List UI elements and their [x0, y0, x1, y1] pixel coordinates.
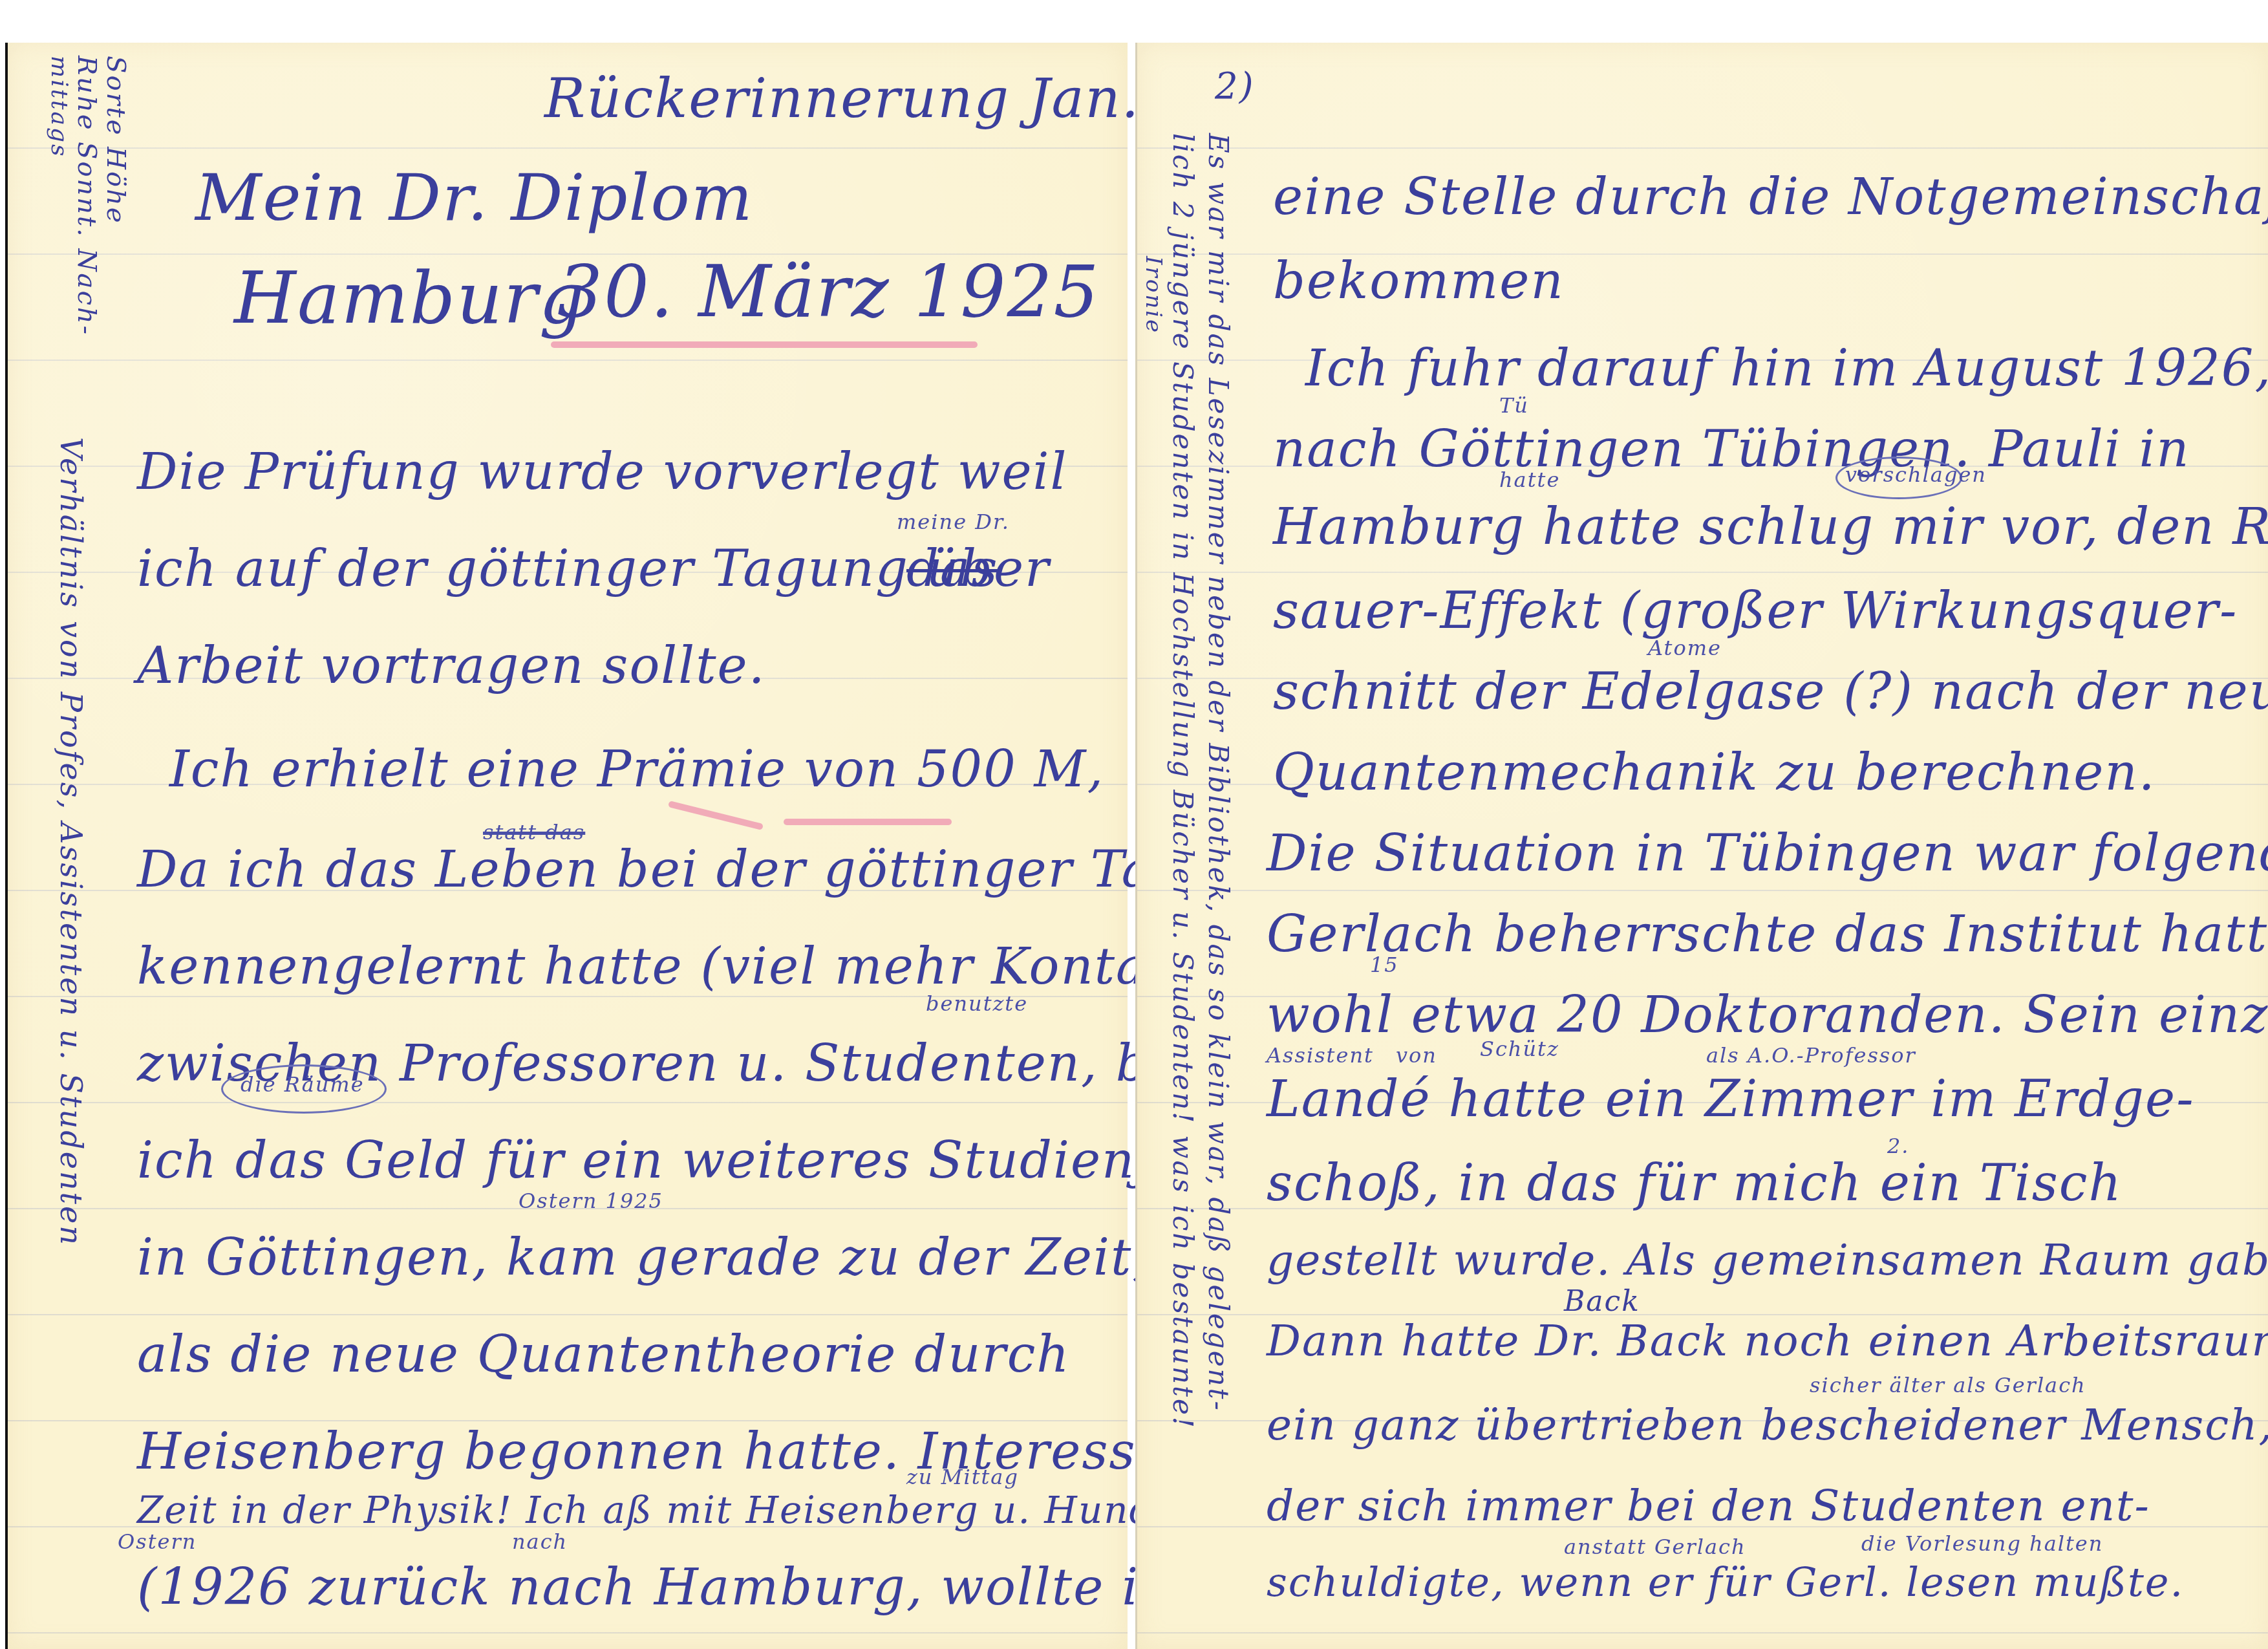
line-8: Quantenmechanik zu berechnen.	[1273, 748, 2156, 798]
line-14: gestellt wurde. Als gemeinsamen Raum gab	[1267, 1239, 2268, 1282]
letter-page-1: Rückerinnerung Jan. 87 Mein Dr. Diplom H…	[5, 43, 1128, 1649]
margin-note-1: Sorte Höhe	[101, 56, 131, 224]
note-von: von	[1396, 1045, 1437, 1066]
line-12: Landé hatte ein Zimmer im Erdge-	[1267, 1074, 2195, 1125]
date: 30. März 1925	[557, 256, 1100, 327]
note-als-ao-professor: als A.O.-Professor	[1706, 1045, 1916, 1066]
line-15: Dann hatte Dr. Back noch einen Arbeitsra…	[1267, 1320, 2268, 1363]
margin-note-1: Es war mir das Lesezimmer neben der Bibl…	[1203, 133, 1234, 1412]
place: Hamburg	[234, 263, 586, 334]
margin-note-3: Ironie	[1140, 256, 1166, 334]
note-schuetz: Schütz	[1480, 1039, 1559, 1059]
note-assistent: Assistent	[1267, 1045, 1374, 1066]
note-ostern-1925: Ostern 1925	[519, 1191, 663, 1211]
margin-note-2: lich 2 jüngere Studenten in Hochstellung…	[1167, 133, 1199, 1430]
note-die-raeume: die Räume	[241, 1074, 365, 1095]
note-vorschlagen: vorschlagen	[1845, 464, 1987, 485]
line-5: Hamburg hatte schlug mir vor, den Ram-	[1273, 502, 2268, 552]
struck-statt-das: statt das	[483, 822, 585, 843]
note-benutzte: benutzte	[926, 993, 1028, 1014]
line-3: Ich fuhr darauf hin im August 1926,	[1305, 343, 2268, 394]
line-18: schuldigte, wenn er für Gerl. lesen mußt…	[1267, 1562, 2184, 1602]
line-2: bekommen	[1273, 256, 1565, 307]
line-13: (1926 zurück nach Hamburg, wollte ich	[137, 1562, 1203, 1613]
line-7: schnitt der Edelgase (?) nach der neuen	[1273, 667, 2268, 717]
line-8: ich das Geld für ein weiteres Studienjah…	[137, 1136, 1243, 1186]
line-9: Die Situation in Tübingen war folgende:	[1267, 828, 2268, 879]
note-nach: nach	[512, 1531, 568, 1552]
letter-title: Mein Dr. Diplom	[195, 166, 754, 230]
note-tue: Tü	[1499, 395, 1529, 416]
note-hatte: hatte	[1499, 469, 1560, 490]
line-4: nach Göttingen Tübingen. Pauli in	[1273, 424, 2190, 475]
line-3: Arbeit vortragen sollte.	[137, 641, 766, 691]
highlight-500m	[784, 819, 952, 825]
note-meine-dr: meine Dr.	[897, 512, 1010, 532]
line-6: kennengelernt hatte (viel mehr Kontakte	[137, 942, 1232, 992]
margin-note-2: Ruhe Sonnt. Nach-	[72, 56, 102, 336]
highlight-praemie	[668, 801, 764, 830]
line-1: Die Prüfung wurde vorverlegt weil	[137, 447, 1068, 497]
note-2: 2.	[1887, 1136, 1910, 1156]
page-number: 2)	[1215, 69, 1254, 105]
struck-das: das	[906, 544, 998, 594]
line-1: eine Stelle durch die Notgemeinschaft	[1273, 172, 2268, 222]
margin-note-4: Verhältnis von Profes, Assistenten u. St…	[54, 437, 89, 1247]
line-17: der sich immer bei den Studenten ent-	[1267, 1485, 2150, 1527]
line-11: Heisenberg begonnen hatte. Interessante	[137, 1427, 1254, 1477]
line-5: Da ich das Leben bei der göttinger Tagun…	[137, 845, 1288, 895]
line-12: Zeit in der Physik! Ich aß mit Heisenber…	[137, 1491, 1155, 1529]
note-die-vorlesung-halten: die Vorlesung halten	[1861, 1533, 2103, 1554]
line-6: sauer-Effekt (großer Wirkungsquer-	[1273, 586, 2238, 636]
note-atome: Atome	[1648, 638, 1722, 658]
line-10: als die neue Quantentheorie durch	[137, 1330, 1071, 1380]
header-recollection-date: Rückerinnerung Jan. 87	[544, 71, 1230, 125]
note-anstatt-gerlach: anstatt Gerlach	[1564, 1536, 1746, 1557]
note-zu-mittag: zu Mittag	[906, 1467, 1019, 1487]
line-13: schoß, in das für mich ein Tisch	[1267, 1158, 2123, 1209]
note-ostern: Ostern	[118, 1531, 197, 1552]
note-back: Back	[1564, 1288, 1640, 1316]
line-9: in Göttingen, kam gerade zu der Zeit,	[137, 1233, 1150, 1283]
line-10: Gerlach beherrschte das Institut hatte	[1267, 909, 2268, 960]
line-16: ein ganz übertrieben bescheidener Mensch…	[1267, 1404, 2268, 1447]
note-sicher-aelter: sicher älter als Gerlach	[1810, 1375, 2086, 1396]
note-15: 15	[1370, 954, 1399, 975]
date-highlight-underline	[551, 341, 978, 348]
line-4: Ich erhielt eine Prämie von 500 M,	[169, 744, 1104, 795]
margin-note-3: mittags	[46, 56, 72, 158]
letter-page-2: 2) eine Stelle durch die Notgemeinschaft…	[1135, 43, 2268, 1649]
line-11: wohl etwa 20 Doktoranden. Sein einziger	[1267, 990, 2268, 1040]
